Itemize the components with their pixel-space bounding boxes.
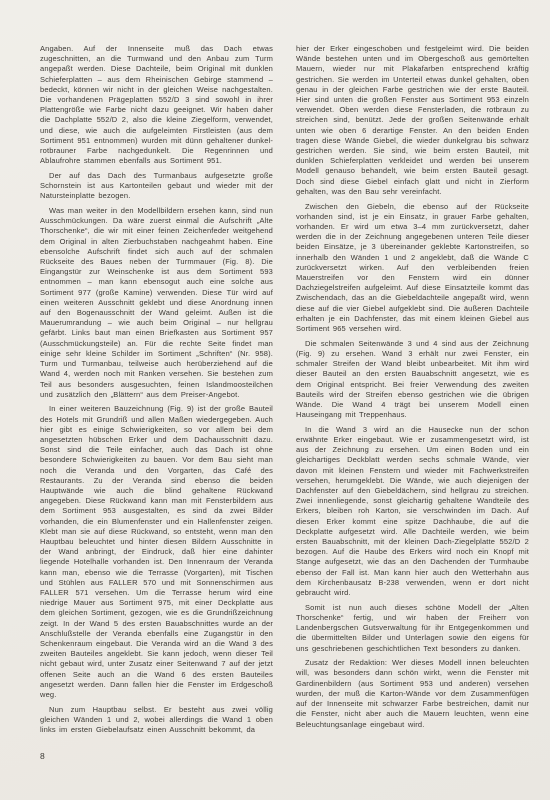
left-column: Angaben. Auf der Innenseite muß das Dach… bbox=[40, 44, 273, 735]
right-paragraph-1: hier der Erker eingeschoben und festgele… bbox=[296, 44, 529, 197]
page-number: 8 bbox=[40, 751, 45, 761]
right-paragraph-2: Zwischen den Giebeln, die ebenso auf der… bbox=[296, 202, 529, 335]
right-paragraph-3: Die schmalen Seitenwände 3 und 4 sind au… bbox=[296, 339, 529, 421]
right-paragraph-5: Somit ist nun auch dieses schöne Modell … bbox=[296, 603, 529, 654]
left-paragraph-1: Angaben. Auf der Innenseite muß das Dach… bbox=[40, 44, 273, 166]
text-columns: Angaben. Auf der Innenseite muß das Dach… bbox=[40, 44, 529, 735]
left-paragraph-2: Der auf das Dach des Turmanbaus aufgeset… bbox=[40, 171, 273, 202]
right-paragraph-6: Zusatz der Redaktion: Wer dieses Modell … bbox=[296, 658, 529, 729]
left-paragraph-3: Was man weiter in den Modellbildern erse… bbox=[40, 206, 273, 400]
left-paragraph-4: In einer weiteren Bauzeichnung (Fig. 9) … bbox=[40, 404, 273, 700]
left-paragraph-5: Nun zum Hauptbau selbst. Er besteht aus … bbox=[40, 705, 273, 736]
right-column: hier der Erker eingeschoben und festgele… bbox=[296, 44, 529, 735]
right-paragraph-4: In die Wand 3 wird an die Hausecke nun d… bbox=[296, 425, 529, 598]
document-page: Angaben. Auf der Innenseite muß das Dach… bbox=[0, 0, 550, 800]
